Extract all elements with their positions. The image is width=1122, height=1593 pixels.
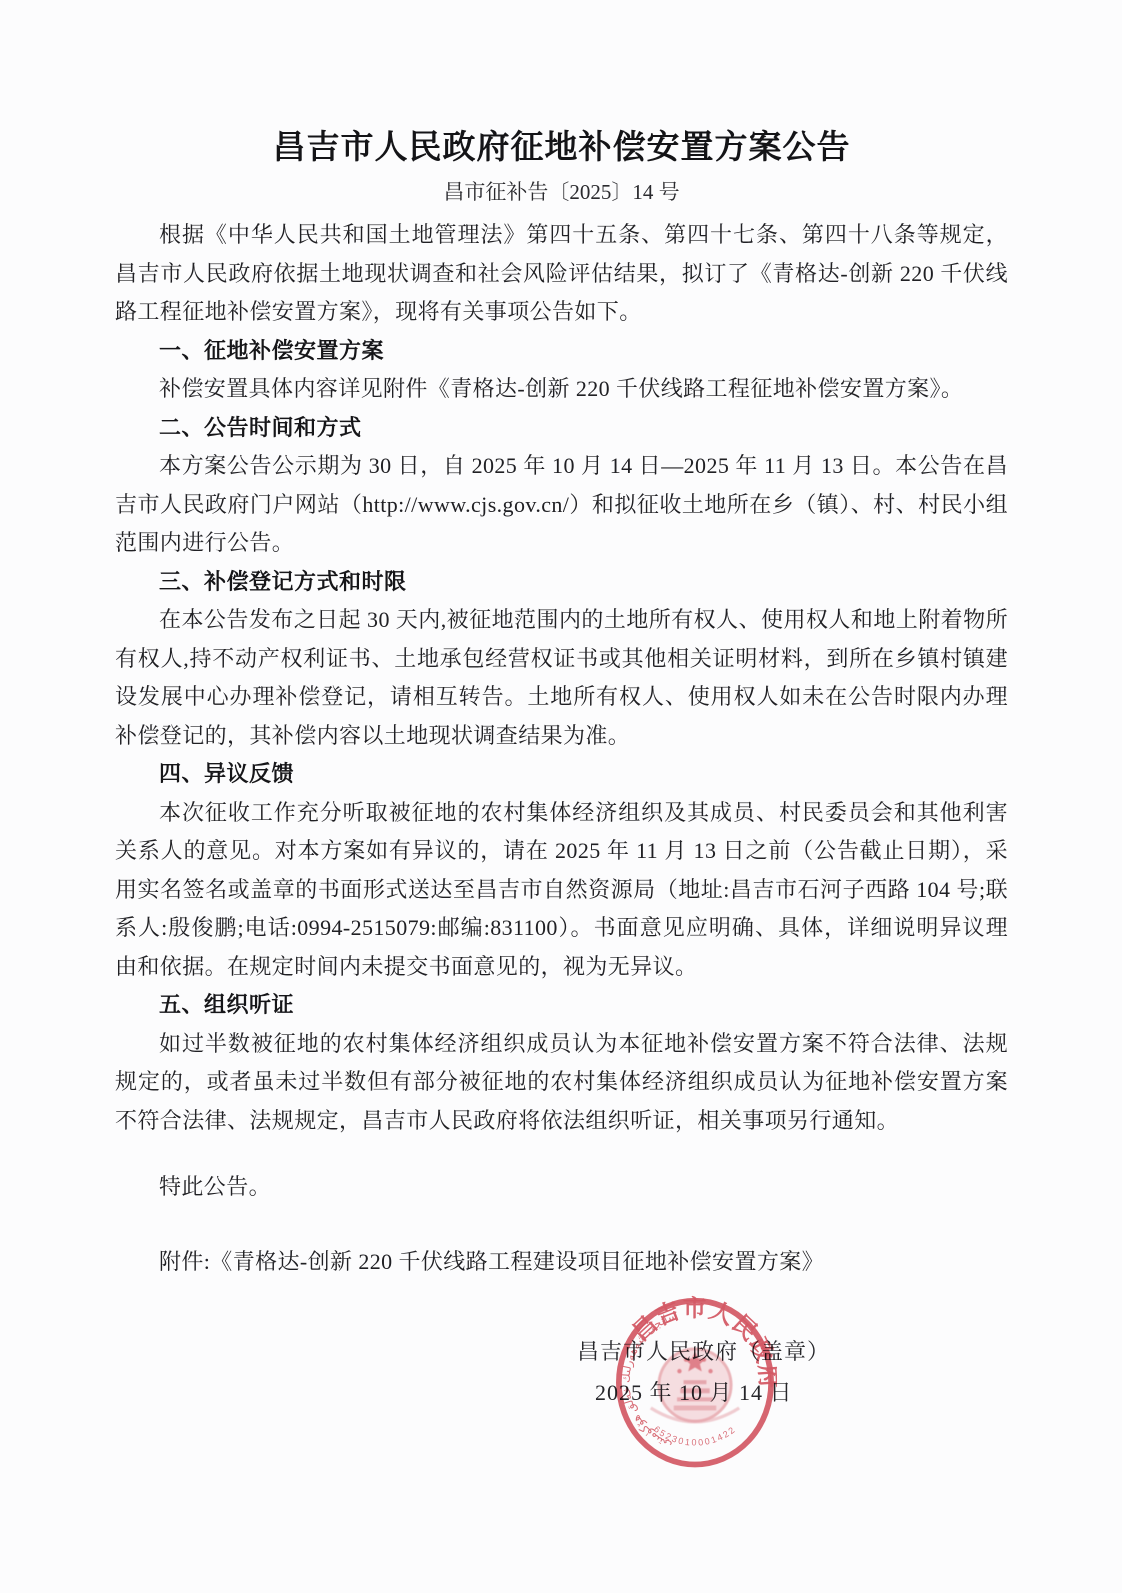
section-2-heading: 二、公告时间和方式: [115, 409, 1008, 448]
section-5: 五、组织听证 如过半数被征地的农村集体经济组织成员认为本征地补偿安置方案不符合法…: [115, 986, 1008, 1140]
section-4: 四、异议反馈 本次征收工作充分听取被征地的农村集体经济组织及其成员、村民委员会和…: [115, 755, 1008, 986]
section-1-paragraph: 补偿安置具体内容详见附件《青格达-创新 220 千伏线路工程征地补偿安置方案》。: [115, 370, 1008, 409]
national-emblem-icon: [651, 1347, 739, 1422]
announcement-page: 昌吉市人民政府征地补偿安置方案公告 昌市征补告〔2025〕14 号 根据《中华人…: [0, 0, 1122, 1593]
section-3-paragraph: 在本公告发布之日起 30 天内,被征地范围内的土地所有权人、使用权人和地上附着物…: [115, 601, 1008, 755]
section-1: 一、征地补偿安置方案 补偿安置具体内容详见附件《青格达-创新 220 千伏线路工…: [115, 332, 1008, 409]
document-number: 昌市征补告〔2025〕14 号: [115, 175, 1008, 209]
official-seal: 昌吉市人民政府 سانجى شەھەرلىك خەلق ھۆكۈمىتى 652…: [613, 1295, 777, 1471]
section-1-heading: 一、征地补偿安置方案: [115, 332, 1008, 371]
attachment-line: 附件:《青格达-创新 220 千伏线路工程建设项目征地补偿安置方案》: [115, 1243, 1008, 1282]
section-3: 三、补偿登记方式和时限 在本公告发布之日起 30 天内,被征地范围内的土地所有权…: [115, 563, 1008, 756]
section-4-heading: 四、异议反馈: [115, 755, 1008, 794]
section-5-paragraph: 如过半数被征地的农村集体经济组织成员认为本征地补偿安置方案不符合法律、法规规定的…: [115, 1025, 1008, 1141]
section-3-heading: 三、补偿登记方式和时限: [115, 563, 1008, 602]
section-4-paragraph: 本次征收工作充分听取被征地的农村集体经济组织及其成员、村民委员会和其他利害关系人…: [115, 794, 1008, 987]
closing-statement: 特此公告。: [115, 1168, 1008, 1207]
section-2: 二、公告时间和方式 本方案公告公示期为 30 日，自 2025 年 10 月 1…: [115, 409, 1008, 563]
intro-paragraph: 根据《中华人民共和国土地管理法》第四十五条、第四十七条、第四十八条等规定，昌吉市…: [115, 216, 1008, 332]
document-title: 昌吉市人民政府征地补偿安置方案公告: [115, 129, 1008, 165]
section-2-paragraph: 本方案公告公示期为 30 日，自 2025 年 10 月 14 日—2025 年…: [115, 447, 1008, 563]
section-5-heading: 五、组织听证: [115, 986, 1008, 1025]
